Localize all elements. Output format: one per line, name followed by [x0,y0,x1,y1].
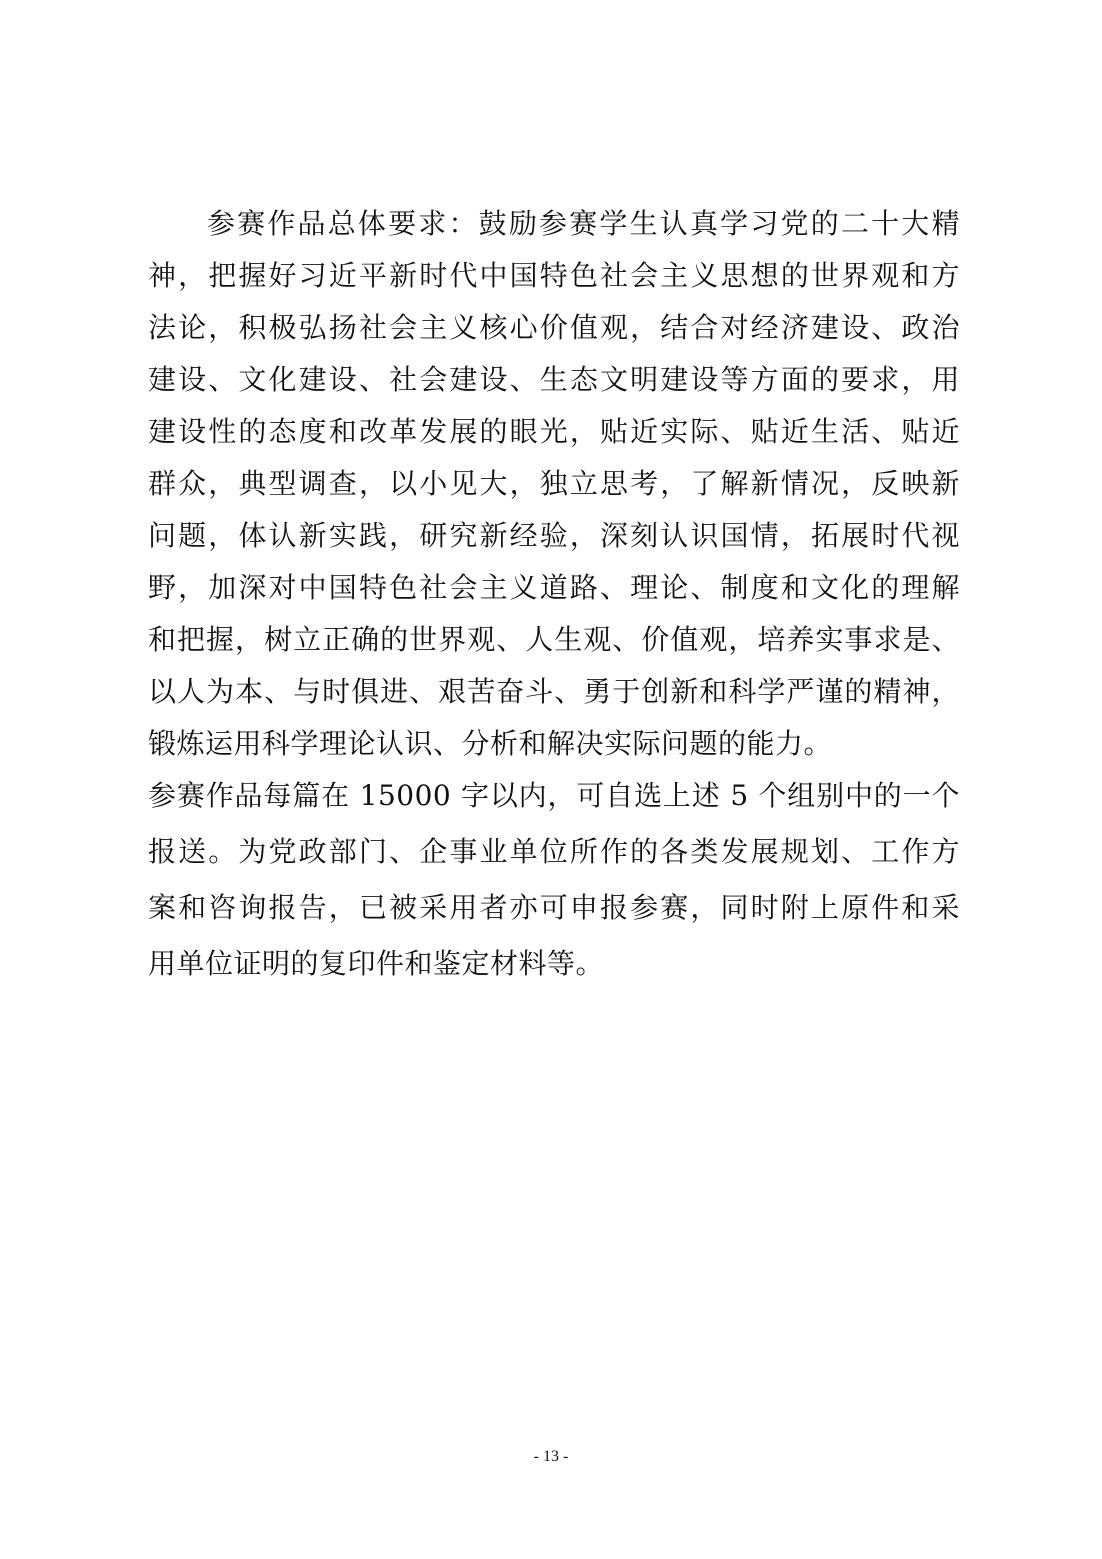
text-line: 参赛作品每篇在 15000 字以内，可自选上述 5 个组别中的一个 [148,779,960,813]
text-line: 报送。为党政部门、企事业单位所作的各类发展规划、工作方 [148,835,960,869]
text-line: 法论，积极弘扬社会主义核心价值观，结合对经济建设、政治 [148,311,960,345]
text-line: 野，加深对中国特色社会主义道路、理论、制度和文化的理解 [148,571,960,605]
text-line: 群众，典型调查，以小见大，独立思考，了解新情况，反映新 [148,467,960,501]
text-line: 参赛作品总体要求：鼓励参赛学生认真学习党的二十大精 [207,207,960,241]
text-line: 和把握，树立正确的世界观、人生观、价值观，培养实事求是、 [148,623,960,657]
text-line: 建设、文化建设、社会建设、生态文明建设等方面的要求，用 [148,363,960,397]
document-page: 参赛作品总体要求：鼓励参赛学生认真学习党的二十大精 神，把握好习近平新时代中国特… [0,0,1102,1559]
page-number: - 13 - [0,1448,1102,1466]
text-line: 建设性的态度和改革发展的眼光，贴近实际、贴近生活、贴近 [148,415,960,449]
text-line: 用单位证明的复印件和鉴定材料等。 [148,947,960,981]
text-line: 案和咨询报告，已被采用者亦可申报参赛，同时附上原件和采 [148,891,960,925]
text-line: 以人为本、与时俱进、艰苦奋斗、勇于创新和科学严谨的精神， [148,675,960,709]
text-line: 问题，体认新实践，研究新经验，深刻认识国情，拓展时代视 [148,519,960,553]
text-line: 锻炼运用科学理论认识、分析和解决实际问题的能力。 [148,727,960,761]
text-line: 神，把握好习近平新时代中国特色社会主义思想的世界观和方 [148,259,960,293]
